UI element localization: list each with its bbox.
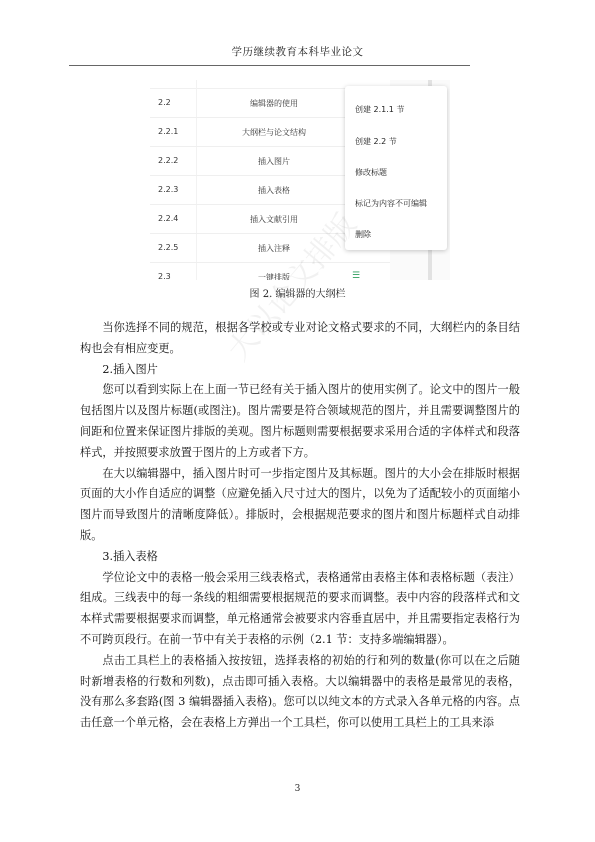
outline-row-number: 2.2.3 [158, 185, 178, 194]
list-icon[interactable]: ☰ [352, 272, 360, 280]
paragraph: 您可以看到实际上在上面一节已经有关于插入图片的使用实例了。论文中的图片一般包括图… [80, 380, 520, 463]
body-text: 当你选择不同的规范，根据各学校或专业对论文格式要求的不同，大纲栏内的条目结构也会… [80, 318, 520, 734]
page-header: 学历继续教育本科毕业论文 [0, 44, 595, 59]
paragraph: 学位论文中的表格一般会采用三线表格式，表格通常由表格主体和表格标题（表注）组成。… [80, 568, 520, 651]
outline-row-title: 编辑器的使用 [196, 98, 352, 109]
outline-row-number: 2.2.5 [158, 243, 178, 252]
outline-row-number: 2.2.4 [158, 214, 178, 223]
paragraph: 在大以编辑器中，插入图片时可一步指定图片及其标题。图片的大小会在排版时根据页面的… [80, 464, 520, 547]
outline-row-title: 大纲栏与论文结构 [196, 127, 352, 138]
context-menu: 创建 2.1.1 节 创建 2.2 节 修改标题 标记为内容不可编辑 删除 [345, 86, 447, 250]
outline-row-number: 2.3 [158, 272, 171, 280]
subheading-insert-image: 2.插入图片 [80, 360, 520, 381]
paragraph: 当你选择不同的规范，根据各学校或专业对论文格式要求的不同，大纲栏内的条目结构也会… [80, 318, 520, 360]
menu-item-create-2-2[interactable]: 创建 2.2 节 [355, 136, 397, 147]
outline-row-number: 2.2.1 [158, 127, 178, 136]
outline-row-number: 2.2.2 [158, 156, 178, 165]
menu-item-mark-readonly[interactable]: 标记为内容不可编辑 [355, 198, 427, 209]
subheading-insert-table: 3.插入表格 [80, 547, 520, 568]
menu-item-rename-title[interactable]: 修改标题 [355, 167, 387, 178]
menu-item-create-2-1-1[interactable]: 创建 2.1.1 节 [355, 104, 404, 115]
outline-row-number: 2.2 [158, 98, 171, 107]
outline-row-title: 插入图片 [196, 156, 352, 167]
header-rule [69, 65, 470, 66]
paragraph: 点击工具栏上的表格插入按按钮，选择表格的初始的行和列的数量(你可以在之后随时新增… [80, 651, 520, 734]
page-number: 3 [0, 784, 595, 794]
outline-row-title: 插入表格 [196, 185, 352, 196]
